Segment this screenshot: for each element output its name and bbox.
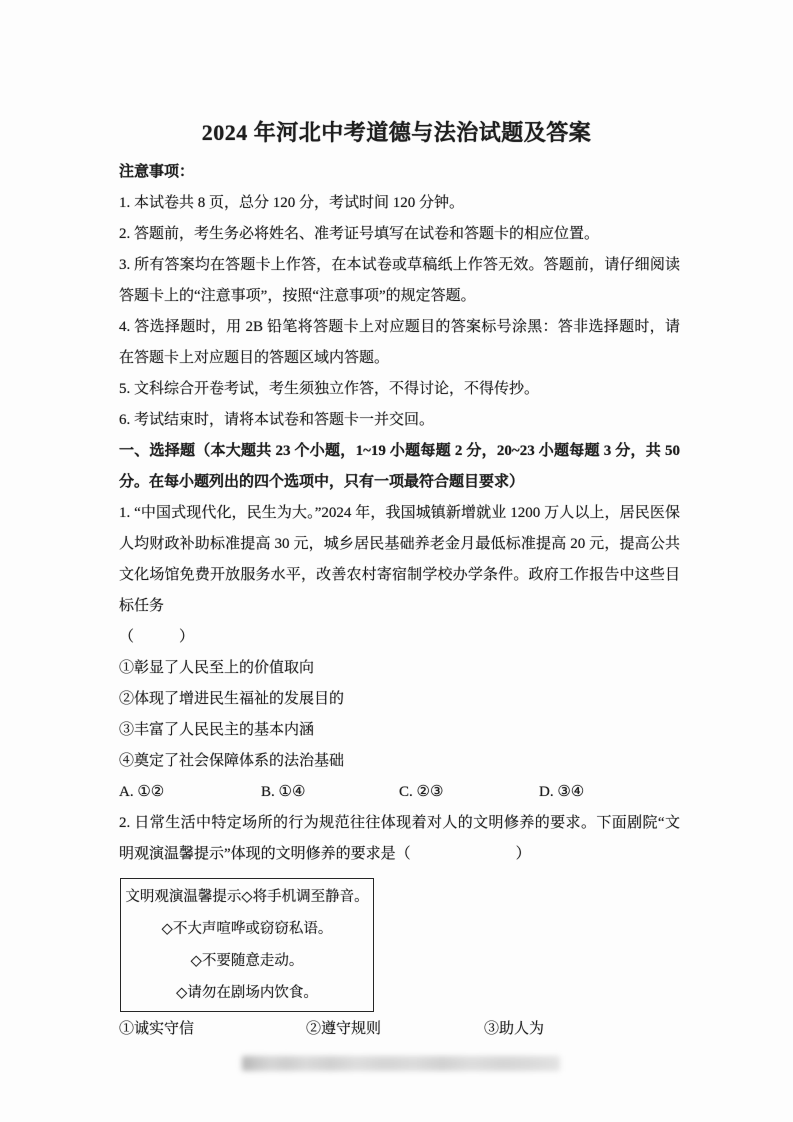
question-1-option-c: C. ②③ bbox=[399, 777, 443, 808]
blurred-watermark bbox=[242, 1056, 560, 1071]
exam-document-page: 2024 年河北中考道德与法治试题及答案 注意事项： 1. 本试卷共 8 页，总… bbox=[0, 0, 793, 1122]
page-title: 2024 年河北中考道德与法治试题及答案 bbox=[0, 116, 793, 147]
notice-item-5: 5. 文科综合开卷考试，考生须独立作答，不得讨论，不得传抄。 bbox=[119, 374, 680, 405]
theater-notice-box: 文明观演温馨提示◇将手机调至静音。 ◇不大声喧哗或窃窃私语。 ◇不要随意走动。 … bbox=[120, 878, 374, 1012]
notice-item-4: 4. 答选择题时，用 2B 铅笔将答题卡上对应题目的答案标号涂黑：答非选择题时，… bbox=[119, 312, 680, 374]
question-1-options-row: A. ①② B. ①④ C. ②③ D. ③④ bbox=[119, 777, 680, 808]
question-2-option-2: ②遵守规则 bbox=[306, 1014, 381, 1045]
theater-notice-line-2: ◇不大声喧哗或窃窃私语。 bbox=[121, 913, 373, 945]
question-2-option-3: ③助人为 bbox=[484, 1014, 544, 1045]
notice-item-2: 2. 答题前，考生务必将姓名、准考证号填写在试卷和答题卡的相应位置。 bbox=[119, 219, 680, 250]
content-column: 注意事项： 1. 本试卷共 8 页，总分 120 分，考试时间 120 分钟。 … bbox=[119, 157, 680, 1045]
question-1-option-b: B. ①④ bbox=[261, 777, 305, 808]
question-2-options-row: ①诚实守信 ②遵守规则 ③助人为 bbox=[119, 1014, 680, 1045]
question-1-statement-4: ④奠定了社会保障体系的法治基础 bbox=[119, 746, 680, 777]
question-2-option-1: ①诚实守信 bbox=[119, 1014, 194, 1045]
section-heading: 一、选择题（本大题共 23 个小题，1~19 小题每题 2 分，20~23 小题… bbox=[119, 436, 680, 498]
question-1-answer-blank: （ ） bbox=[119, 622, 680, 653]
notices-heading: 注意事项： bbox=[119, 157, 680, 188]
question-1-statement-3: ③丰富了人民民主的基本内涵 bbox=[119, 715, 680, 746]
question-1-statement-2: ②体现了增进民生福祉的发展目的 bbox=[119, 684, 680, 715]
notice-item-3: 3. 所有答案均在答题卡上作答，在本试卷或草稿纸上作答无效。答题前，请仔细阅读答… bbox=[119, 250, 680, 312]
question-1-option-d: D. ③④ bbox=[539, 777, 584, 808]
notice-item-6: 6. 考试结束时，请将本试卷和答题卡一并交回。 bbox=[119, 405, 680, 436]
question-1-statement-1: ①彰显了人民至上的价值取向 bbox=[119, 653, 680, 684]
question-2-stem: 2. 日常生活中特定场所的行为规范往往体现着对人的文明修养的要求。下面剧院“文明… bbox=[119, 808, 680, 870]
notice-item-1: 1. 本试卷共 8 页，总分 120 分，考试时间 120 分钟。 bbox=[119, 188, 680, 219]
theater-notice-line-1: 文明观演温馨提示◇将手机调至静音。 bbox=[121, 881, 373, 913]
question-1-option-a: A. ①② bbox=[119, 777, 164, 808]
question-1-stem: 1. “中国式现代化，民生为大。”2024 年，我国城镇新增就业 1200 万人… bbox=[119, 498, 680, 622]
theater-notice-line-4: ◇请勿在剧场内饮食。 bbox=[121, 977, 373, 1009]
theater-notice-line-3: ◇不要随意走动。 bbox=[121, 945, 373, 977]
